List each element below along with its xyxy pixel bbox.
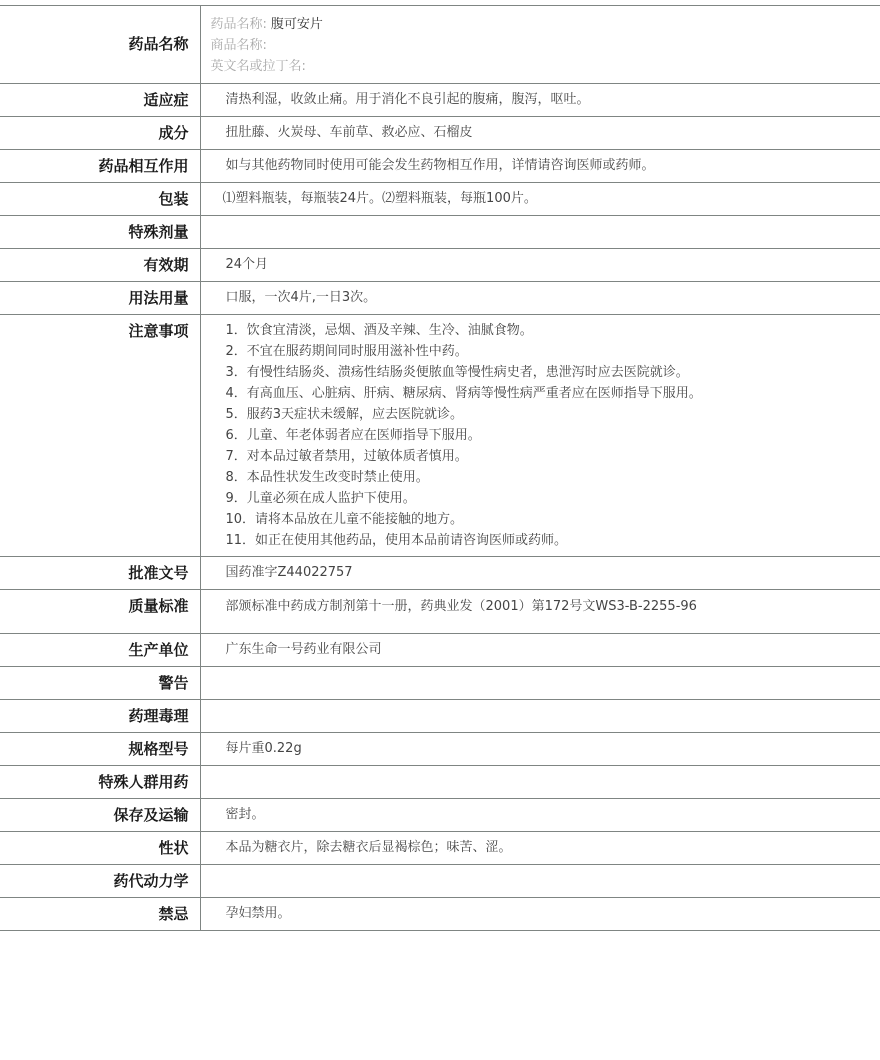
row-shelf-life: 有效期 24个月 — [0, 249, 880, 282]
label-text: 用法用量 — [0, 282, 189, 314]
label-text: 规格型号 — [0, 733, 189, 765]
value-text: 孕妇禁用。 — [226, 898, 880, 930]
list-item: 5．服药3天症状未缓解，应去医院就诊。 — [226, 404, 880, 425]
value-text — [226, 216, 880, 248]
value-text: 扭肚藤、火炭母、车前草、救必应、石榴皮 — [226, 117, 880, 149]
value-shelf-life: 24个月 — [200, 249, 880, 282]
list-item: 8．本品性状发生改变时禁止使用。 — [226, 467, 880, 488]
row-precautions: 注意事项 1．饮食宜清淡，忌烟、酒及辛辣、生冷、油腻食物。 2．不宜在服药期间同… — [0, 315, 880, 557]
row-manufacturer: 生产单位 广东生命一号药业有限公司 — [0, 634, 880, 667]
row-storage-transport: 保存及运输 密封。 — [0, 799, 880, 832]
label-text: 注意事项 — [0, 315, 189, 347]
row-pharmacology-toxicology: 药理毒理 — [0, 700, 880, 733]
label-pharmacology-toxicology: 药理毒理 — [0, 700, 200, 733]
label-text: 警告 — [0, 667, 189, 699]
value-pharmacology-toxicology — [200, 700, 880, 733]
list-item: 6．儿童、年老体弱者应在医师指导下服用。 — [226, 425, 880, 446]
label-specification: 规格型号 — [0, 733, 200, 766]
label-text: 药代动力学 — [0, 865, 189, 897]
value-manufacturer: 广东生命一号药业有限公司 — [200, 634, 880, 667]
list-item: 9．儿童必须在成人监护下使用。 — [226, 488, 880, 509]
value-text: 本品为糖衣片，除去糖衣后显褐棕色；味苦、涩。 — [226, 832, 880, 864]
label-drug-name: 药品名称 — [0, 6, 200, 84]
list-item: 7．对本品过敏者禁用，过敏体质者慎用。 — [226, 446, 880, 467]
label-text: 特殊人群用药 — [0, 766, 189, 798]
value-text: 24个月 — [226, 249, 880, 281]
list-item: 10．请将本品放在儿童不能接触的地方。 — [226, 509, 880, 530]
row-drug-name: 药品名称 药品名称:腹可安片 商品名称: 英文名或拉丁名: — [0, 6, 880, 84]
label-text: 有效期 — [0, 249, 189, 281]
value-ingredients: 扭肚藤、火炭母、车前草、救必应、石榴皮 — [200, 117, 880, 150]
label-packaging: 包装 — [0, 183, 200, 216]
list-item: 4．有高血压、心脏病、肝病、糖尿病、肾病等慢性病严重者应在医师指导下服用。 — [226, 383, 880, 404]
label-precautions: 注意事项 — [0, 315, 200, 557]
value-text: 国药准字Z44022757 — [226, 557, 880, 589]
row-quality-standard: 质量标准 部颁标准中药成方制剂第十一册，药典业发（2001）第172号文WS3-… — [0, 590, 880, 634]
row-approval-number: 批准文号 国药准字Z44022757 — [0, 557, 880, 590]
label-text: 药品相互作用 — [0, 150, 189, 182]
drug-name-block: 药品名称:腹可安片 商品名称: 英文名或拉丁名: — [201, 6, 880, 83]
value-precautions: 1．饮食宜清淡，忌烟、酒及辛辣、生冷、油腻食物。 2．不宜在服药期间同时服用滋补… — [200, 315, 880, 557]
value-packaging: ⑴塑料瓶装，每瓶装24片。⑵塑料瓶装，每瓶100片。 — [200, 183, 880, 216]
value-text: ⑴塑料瓶装，每瓶装24片。⑵塑料瓶装，每瓶100片。 — [223, 183, 880, 215]
row-specification: 规格型号 每片重0.22g — [0, 733, 880, 766]
label-interactions: 药品相互作用 — [0, 150, 200, 183]
label-pharmacokinetics: 药代动力学 — [0, 865, 200, 898]
value-indications: 清热利湿，收敛止痛。用于消化不良引起的腹痛，腹泻，呕吐。 — [200, 84, 880, 117]
label-indications: 适应症 — [0, 84, 200, 117]
label-special-dosage: 特殊剂量 — [0, 216, 200, 249]
value-approval-number: 国药准字Z44022757 — [200, 557, 880, 590]
label-text: 适应症 — [0, 84, 189, 116]
value-quality-standard: 部颁标准中药成方制剂第十一册，药典业发（2001）第172号文WS3-B-225… — [200, 590, 880, 634]
label-usage-dosage: 用法用量 — [0, 282, 200, 315]
trade-name-line: 商品名称: — [211, 35, 880, 56]
row-ingredients: 成分 扭肚藤、火炭母、车前草、救必应、石榴皮 — [0, 117, 880, 150]
generic-name-key: 药品名称: — [211, 17, 267, 32]
precautions-list: 1．饮食宜清淡，忌烟、酒及辛辣、生冷、油腻食物。 2．不宜在服药期间同时服用滋补… — [226, 315, 880, 556]
generic-name-line: 药品名称:腹可安片 — [211, 14, 880, 35]
row-pharmacokinetics: 药代动力学 — [0, 865, 880, 898]
value-special-dosage — [200, 216, 880, 249]
row-special-populations: 特殊人群用药 — [0, 766, 880, 799]
row-warning: 警告 — [0, 667, 880, 700]
list-item: 2．不宜在服药期间同时服用滋补性中药。 — [226, 341, 880, 362]
value-special-populations — [200, 766, 880, 799]
value-text: 部颁标准中药成方制剂第十一册，药典业发（2001）第172号文WS3-B-225… — [226, 590, 716, 633]
row-packaging: 包装 ⑴塑料瓶装，每瓶装24片。⑵塑料瓶装，每瓶100片。 — [0, 183, 880, 216]
value-text: 密封。 — [226, 799, 880, 831]
value-text: 每片重0.22g — [226, 733, 880, 765]
english-name-key: 英文名或拉丁名: — [211, 59, 306, 74]
value-text — [226, 766, 880, 798]
value-text — [226, 700, 880, 732]
label-special-populations: 特殊人群用药 — [0, 766, 200, 799]
value-contraindications: 孕妇禁用。 — [200, 898, 880, 931]
label-text: 性状 — [0, 832, 189, 864]
value-text — [226, 865, 880, 897]
value-text — [226, 667, 880, 699]
label-text: 批准文号 — [0, 557, 189, 589]
label-text: 药品名称 — [0, 6, 189, 83]
list-item: 1．饮食宜清淡，忌烟、酒及辛辣、生冷、油腻食物。 — [226, 320, 880, 341]
label-text: 成分 — [0, 117, 189, 149]
trade-name-key: 商品名称: — [211, 38, 267, 53]
value-interactions: 如与其他药物同时使用可能会发生药物相互作用，详情请咨询医师或药师。 — [200, 150, 880, 183]
value-text: 广东生命一号药业有限公司 — [226, 634, 880, 666]
list-item: 3．有慢性结肠炎、溃疡性结肠炎便脓血等慢性病史者，患泄泻时应去医院就诊。 — [226, 362, 880, 383]
label-text: 质量标准 — [0, 590, 189, 622]
row-special-dosage: 特殊剂量 — [0, 216, 880, 249]
value-warning — [200, 667, 880, 700]
row-usage-dosage: 用法用量 口服，一次4片,一日3次。 — [0, 282, 880, 315]
value-text: 如与其他药物同时使用可能会发生药物相互作用，详情请咨询医师或药师。 — [226, 150, 880, 182]
value-text: 口服，一次4片,一日3次。 — [226, 282, 880, 314]
label-text: 特殊剂量 — [0, 216, 189, 248]
value-storage-transport: 密封。 — [200, 799, 880, 832]
label-contraindications: 禁忌 — [0, 898, 200, 931]
english-name-line: 英文名或拉丁名: — [211, 56, 880, 77]
value-description: 本品为糖衣片，除去糖衣后显褐棕色；味苦、涩。 — [200, 832, 880, 865]
value-drug-name: 药品名称:腹可安片 商品名称: 英文名或拉丁名: — [200, 6, 880, 84]
row-contraindications: 禁忌 孕妇禁用。 — [0, 898, 880, 931]
value-specification: 每片重0.22g — [200, 733, 880, 766]
label-quality-standard: 质量标准 — [0, 590, 200, 634]
value-usage-dosage: 口服，一次4片,一日3次。 — [200, 282, 880, 315]
label-text: 包装 — [0, 183, 189, 215]
row-description: 性状 本品为糖衣片，除去糖衣后显褐棕色；味苦、涩。 — [0, 832, 880, 865]
label-storage-transport: 保存及运输 — [0, 799, 200, 832]
label-text: 禁忌 — [0, 898, 189, 930]
label-shelf-life: 有效期 — [0, 249, 200, 282]
label-text: 药理毒理 — [0, 700, 189, 732]
generic-name-value: 腹可安片 — [271, 17, 323, 32]
value-pharmacokinetics — [200, 865, 880, 898]
value-text: 清热利湿，收敛止痛。用于消化不良引起的腹痛，腹泻，呕吐。 — [226, 84, 880, 116]
list-item: 11．如正在使用其他药品，使用本品前请咨询医师或药师。 — [226, 530, 880, 551]
label-manufacturer: 生产单位 — [0, 634, 200, 667]
label-description: 性状 — [0, 832, 200, 865]
label-text: 生产单位 — [0, 634, 189, 666]
label-text: 保存及运输 — [0, 799, 189, 831]
row-interactions: 药品相互作用 如与其他药物同时使用可能会发生药物相互作用，详情请咨询医师或药师。 — [0, 150, 880, 183]
row-indications: 适应症 清热利湿，收敛止痛。用于消化不良引起的腹痛，腹泻，呕吐。 — [0, 84, 880, 117]
label-warning: 警告 — [0, 667, 200, 700]
label-ingredients: 成分 — [0, 117, 200, 150]
label-approval-number: 批准文号 — [0, 557, 200, 590]
drug-spec-table: 药品名称 药品名称:腹可安片 商品名称: 英文名或拉丁名: 适应症 清热 — [0, 5, 880, 931]
